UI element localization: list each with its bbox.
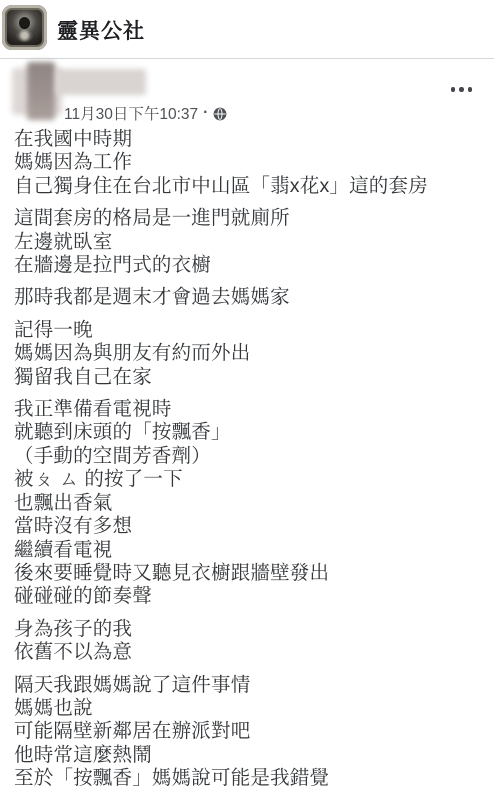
- post-text-line: （手動的空間芳香劑）: [14, 445, 480, 468]
- post-paragraph: 那時我都是週末才會過去媽媽家: [14, 286, 480, 309]
- post-text-line: 至於「按飄香」媽媽說可能是我錯覺: [14, 767, 480, 790]
- post-text-line: 被ㄆ ㄙ 的按了一下: [14, 468, 480, 491]
- redacted-author-name[interactable]: [56, 69, 146, 95]
- post-text-line: 我正準備看電視時: [14, 398, 480, 421]
- post-text-line: 記得一晚: [14, 319, 480, 342]
- post-text-line: 繼續看電視: [14, 539, 480, 562]
- post-meta: 11月30日下午10:37 ·: [64, 102, 227, 124]
- avatar-glow-icon: [16, 29, 33, 42]
- post-paragraph: 在我國中時期媽媽因為工作自己獨身住在台北市中山區「翡x花x」這的套房: [14, 128, 480, 198]
- page-header: 靈異公社: [0, 0, 494, 58]
- post-text-line: 這間套房的格局是一進門就廁所: [14, 207, 480, 230]
- post-text-line: 自己獨身住在台北市中山區「翡x花x」這的套房: [14, 175, 480, 198]
- post-text-line: 媽媽因為與朋友有約而外出: [14, 342, 480, 365]
- post-text-line: 可能隔壁新鄰居在辦派對吧: [14, 720, 480, 743]
- post-text-line: 他時常這麼熱鬧: [14, 744, 480, 767]
- post-text-line: 身為孩子的我: [14, 618, 480, 641]
- post-paragraph: 這間套房的格局是一進門就廁所左邊就臥室在牆邊是拉門式的衣櫥: [14, 207, 480, 277]
- post-menu-button[interactable]: [449, 81, 475, 98]
- avatar-figure-icon: [19, 17, 30, 29]
- globe-public-icon: [213, 107, 227, 121]
- post-timestamp[interactable]: 11月30日下午10:37: [64, 102, 198, 124]
- post-paragraph: 我正準備看電視時就聽到床頭的「按飄香」（手動的空間芳香劑）被ㄆ ㄙ 的按了一下也…: [14, 398, 480, 609]
- post-text-line: 也飄出香氣: [14, 492, 480, 515]
- facebook-post-screen: 靈異公社 11月30日下午10:37 · 在我國中時期媽媽: [0, 0, 494, 812]
- ellipsis-icon: [451, 87, 456, 92]
- post: 11月30日下午10:37 · 在我國中時期媽媽因為工作自己獨身住在台北市中山區…: [0, 59, 494, 791]
- post-text-line: 媽媽也說: [14, 697, 480, 720]
- post-text-line: 當時沒有多想: [14, 515, 480, 538]
- post-text-line: 獨留我自己在家: [14, 366, 480, 389]
- post-text-line: 碰碰碰的節奏聲: [14, 585, 480, 608]
- ellipsis-icon: [459, 87, 464, 92]
- post-text-line: 左邊就臥室: [14, 231, 480, 254]
- post-header: 11月30日下午10:37 ·: [0, 59, 494, 127]
- page-title[interactable]: 靈異公社: [57, 15, 145, 45]
- group-avatar[interactable]: [2, 5, 47, 50]
- post-paragraph: 記得一晚媽媽因為與朋友有約而外出獨留我自己在家: [14, 319, 480, 389]
- redacted-author-avatar[interactable]: [27, 62, 55, 120]
- post-paragraph: 隔天我跟媽媽說了這件事情媽媽也說可能隔壁新鄰居在辦派對吧他時常這麼熱鬧至於「按飄…: [14, 674, 480, 791]
- post-paragraph: 身為孩子的我依舊不以為意: [14, 618, 480, 665]
- post-text-line: 在我國中時期: [14, 128, 480, 151]
- post-text-line: 在牆邊是拉門式的衣櫥: [14, 254, 480, 277]
- post-text-line: 媽媽因為工作: [14, 151, 480, 174]
- post-text-line: 那時我都是週末才會過去媽媽家: [14, 286, 480, 309]
- meta-dot-separator: ·: [202, 104, 209, 122]
- post-text-line: 後來要睡覺時又聽見衣櫥跟牆壁發出: [14, 562, 480, 585]
- post-text-line: 隔天我跟媽媽說了這件事情: [14, 674, 480, 697]
- post-text-line: 依舊不以為意: [14, 641, 480, 664]
- ellipsis-icon: [468, 87, 473, 92]
- post-text-line: 就聽到床頭的「按飄香」: [14, 421, 480, 444]
- post-text: 在我國中時期媽媽因為工作自己獨身住在台北市中山區「翡x花x」這的套房這間套房的格…: [0, 127, 494, 791]
